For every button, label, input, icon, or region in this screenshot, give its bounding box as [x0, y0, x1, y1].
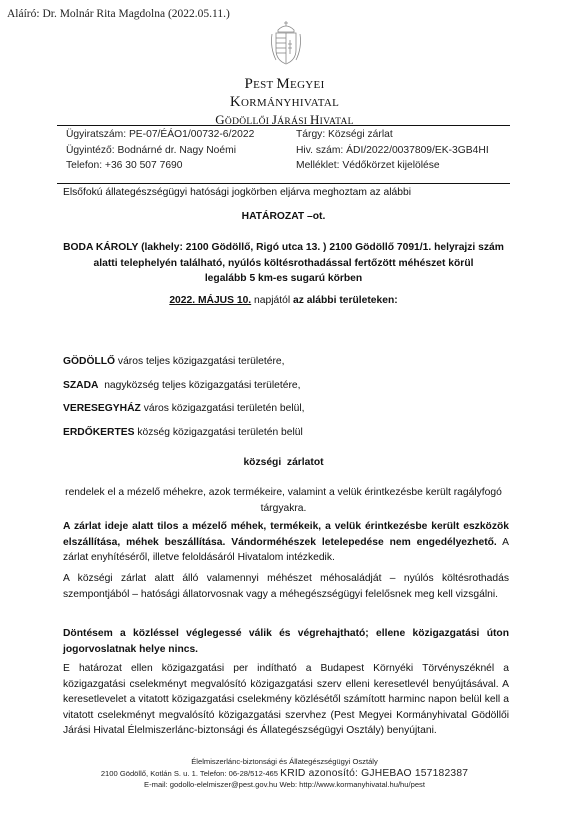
reference-number: Hiv. szám: ÁDI/2022/0037809/EK-3GB4HI [296, 143, 489, 159]
affected-areas-list: GÖDÖLLŐ város teljes közigazgatási terül… [63, 350, 305, 444]
case-meta-right: Tárgy: Községi zárlat Hiv. szám: ÁDI/202… [296, 127, 489, 174]
footer-web: E-mail: godollo-elelmiszer@pest.gov.hu W… [0, 779, 569, 791]
inspection-paragraph: A községi zárlat alatt álló valamennyi m… [63, 571, 509, 602]
closure-text: rendelek el a mézelő méhekre, azok termé… [57, 485, 510, 516]
effective-date-line: 2022. MÁJUS 10. napjától az alábbi terül… [57, 295, 510, 306]
org-name-line1: PEST MEGYEI [0, 76, 569, 93]
footer-department: Élelmiszerlánc-biztonsági és Állategészs… [0, 756, 569, 768]
krid-id: KRID azonosító: GJHEBAO 157182387 [280, 768, 468, 779]
case-number: Ügyiratszám: PE-07/ÉÁO1/00732-6/2022 [66, 127, 254, 143]
signer-line: Aláíró: Dr. Molnár Rita Magdolna (2022.0… [7, 8, 230, 20]
case-phone: Telefon: +36 30 507 7690 [66, 158, 254, 174]
appeal-paragraph: E határozat ellen közigazgatási per indí… [63, 661, 509, 739]
org-name-line2: KORMÁNYHIVATAL [0, 94, 569, 111]
footer-contact: 2100 Gödöllő, Kotlán S. u. 1. Telefon: 0… [0, 768, 569, 780]
attachment: Melléklet: Védőkörzet kijelölése [296, 158, 489, 174]
decision-title: HATÁROZAT –ot. [57, 211, 510, 222]
effective-date: 2022. MÁJUS 10. [169, 295, 251, 306]
restrictions-paragraph: A zárlat ideje alatt tilos a mézelő méhe… [63, 519, 509, 566]
coat-of-arms-icon [268, 20, 304, 66]
meta-divider [57, 183, 510, 184]
closure-title: községi zárlatot [57, 457, 510, 468]
decision-subject: BODA KÁROLY (lakhely: 2100 Gödöllő, Rigó… [57, 240, 510, 287]
area-item: VERESEGYHÁZ város közigazgatási területé… [63, 397, 305, 421]
area-item: GÖDÖLLŐ város teljes közigazgatási terül… [63, 350, 305, 374]
intro-text: Elsőfokú állategészségügyi hatósági jogk… [63, 187, 411, 198]
header-divider [57, 125, 510, 126]
case-subject: Tárgy: Községi zárlat [296, 127, 489, 143]
page-footer: Élelmiszerlánc-biztonsági és Állategészs… [0, 756, 569, 791]
finality-paragraph: Döntésem a közléssel véglegessé válik és… [63, 626, 509, 657]
case-meta-left: Ügyiratszám: PE-07/ÉÁO1/00732-6/2022 Ügy… [66, 127, 254, 174]
area-item: ERDŐKERTES község közigazgatási területé… [63, 421, 305, 445]
area-item: SZADA nagyközség teljes közigazgatási te… [63, 374, 305, 398]
case-officer: Ügyintéző: Bodnárné dr. Nagy Noémi [66, 143, 254, 159]
